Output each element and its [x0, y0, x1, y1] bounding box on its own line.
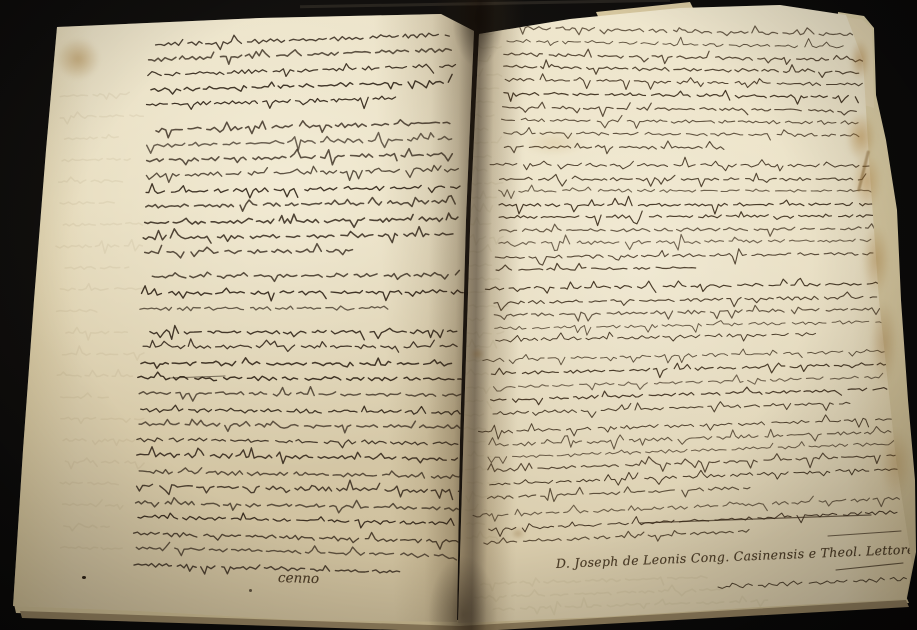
closing-word: cenno [278, 570, 319, 587]
manuscript-photo: cenno D. Joseph de Leonis Cong. Casinens… [0, 0, 917, 630]
gutter-bottom-shadow [428, 555, 498, 630]
paper-stain [471, 349, 484, 359]
paper-stain [522, 130, 586, 156]
paper-stain [870, 300, 898, 385]
paper-stain [511, 528, 525, 539]
gutter-top-shadow [452, 6, 504, 68]
paper-stain [56, 38, 100, 80]
ink-dot [82, 576, 86, 579]
paper-stain [862, 225, 890, 295]
gutter-shadow [424, 0, 525, 630]
paper-stain [850, 40, 870, 80]
paper-stain [880, 428, 912, 498]
ink-dot [249, 589, 252, 592]
